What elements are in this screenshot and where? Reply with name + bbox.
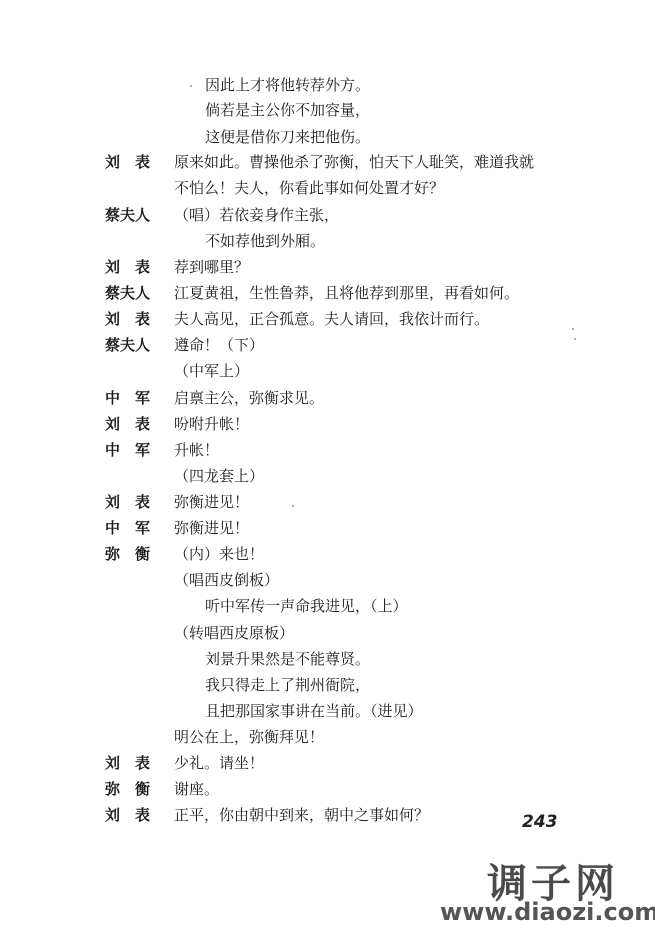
dialogue-text: 因此上才将他转荐外方。 [205, 72, 370, 98]
dialogue-text: 弥衡进见！ [174, 489, 249, 515]
dialogue-text: 江夏黄祖，生性鲁莽，且将他荐到那里，再看如何。 [174, 280, 519, 306]
dialogue-text: （转唱西皮原板） [174, 620, 294, 646]
dialogue-text: 听中军传一声命我进见，（上） [205, 593, 408, 619]
dialogue-text: 刘景升果然是不能尊贤。 [205, 646, 370, 672]
speaker-name: 刘 表 [105, 750, 165, 776]
speaker-name: 弥 衡 [105, 776, 165, 802]
dialogue-text: 不怕么！夫人，你看此事如何处置才好？ [174, 175, 444, 201]
dialogue-text: （中军上） [174, 358, 249, 384]
dialogue-text: 遵命！（下） [174, 332, 264, 358]
dialogue-text: 倘若是主公你不加容量， [205, 97, 370, 123]
speaker-name: 刘 表 [105, 149, 165, 175]
speaker-name: 刘 表 [105, 411, 165, 437]
dialogue-text: 荐到哪里？ [174, 254, 249, 280]
dialogue-text: 吩咐升帐！ [174, 411, 249, 437]
dialogue-text: 弥衡进见！ [174, 515, 249, 541]
dialogue-text: 这便是借你刀来把他伤。 [205, 124, 370, 150]
scan-speck [292, 505, 294, 507]
dialogue-text: （唱）若依妾身作主张， [174, 202, 339, 228]
scan-speck [574, 338, 576, 340]
speaker-name: 蔡夫人 [105, 280, 165, 306]
dialogue-text: 不如荐他到外厢。 [205, 228, 325, 254]
dialogue-text: （四龙套上） [174, 463, 264, 489]
dialogue-text: 启禀主公，弥衡求见。 [174, 385, 324, 411]
speaker-name: 中 军 [105, 515, 165, 541]
dialogue-text: 正平，你由朝中到来，朝中之事如何？ [174, 802, 429, 828]
speaker-name: 蔡夫人 [105, 332, 165, 358]
speaker-name: 刘 表 [105, 254, 165, 280]
speaker-name: 中 军 [105, 437, 165, 463]
dialogue-text: （内）来也！ [174, 541, 264, 567]
speaker-name: 刘 表 [105, 489, 165, 515]
scan-speck [190, 85, 192, 87]
scan-speck [572, 328, 574, 330]
dialogue-text: 谢座。 [174, 776, 219, 802]
dialogue-text: （唱西皮倒板） [174, 567, 279, 593]
speaker-name: 弥 衡 [105, 541, 165, 567]
speaker-name: 中 军 [105, 385, 165, 411]
page-number: 243 [522, 812, 558, 832]
dialogue-text: 升帐！ [174, 437, 219, 463]
dialogue-text: 明公在上，弥衡拜见！ [174, 724, 324, 750]
dialogue-text: 且把那国家事讲在当前。（进见） [205, 698, 423, 724]
speaker-name: 刘 表 [105, 802, 165, 828]
dialogue-text: 少礼。请坐！ [174, 750, 264, 776]
dialogue-text: 原来如此。曹操他杀了弥衡，怕天下人耻笑，难道我就 [174, 149, 534, 175]
watermark-url: www.diaozi.com [440, 898, 655, 926]
dialogue-text: 我只得走上了荆州衙院， [205, 672, 370, 698]
speaker-name: 蔡夫人 [105, 202, 165, 228]
dialogue-text: 夫人高见，正合孤意。夫人请回，我依计而行。 [174, 306, 489, 332]
speaker-name: 刘 表 [105, 306, 165, 332]
